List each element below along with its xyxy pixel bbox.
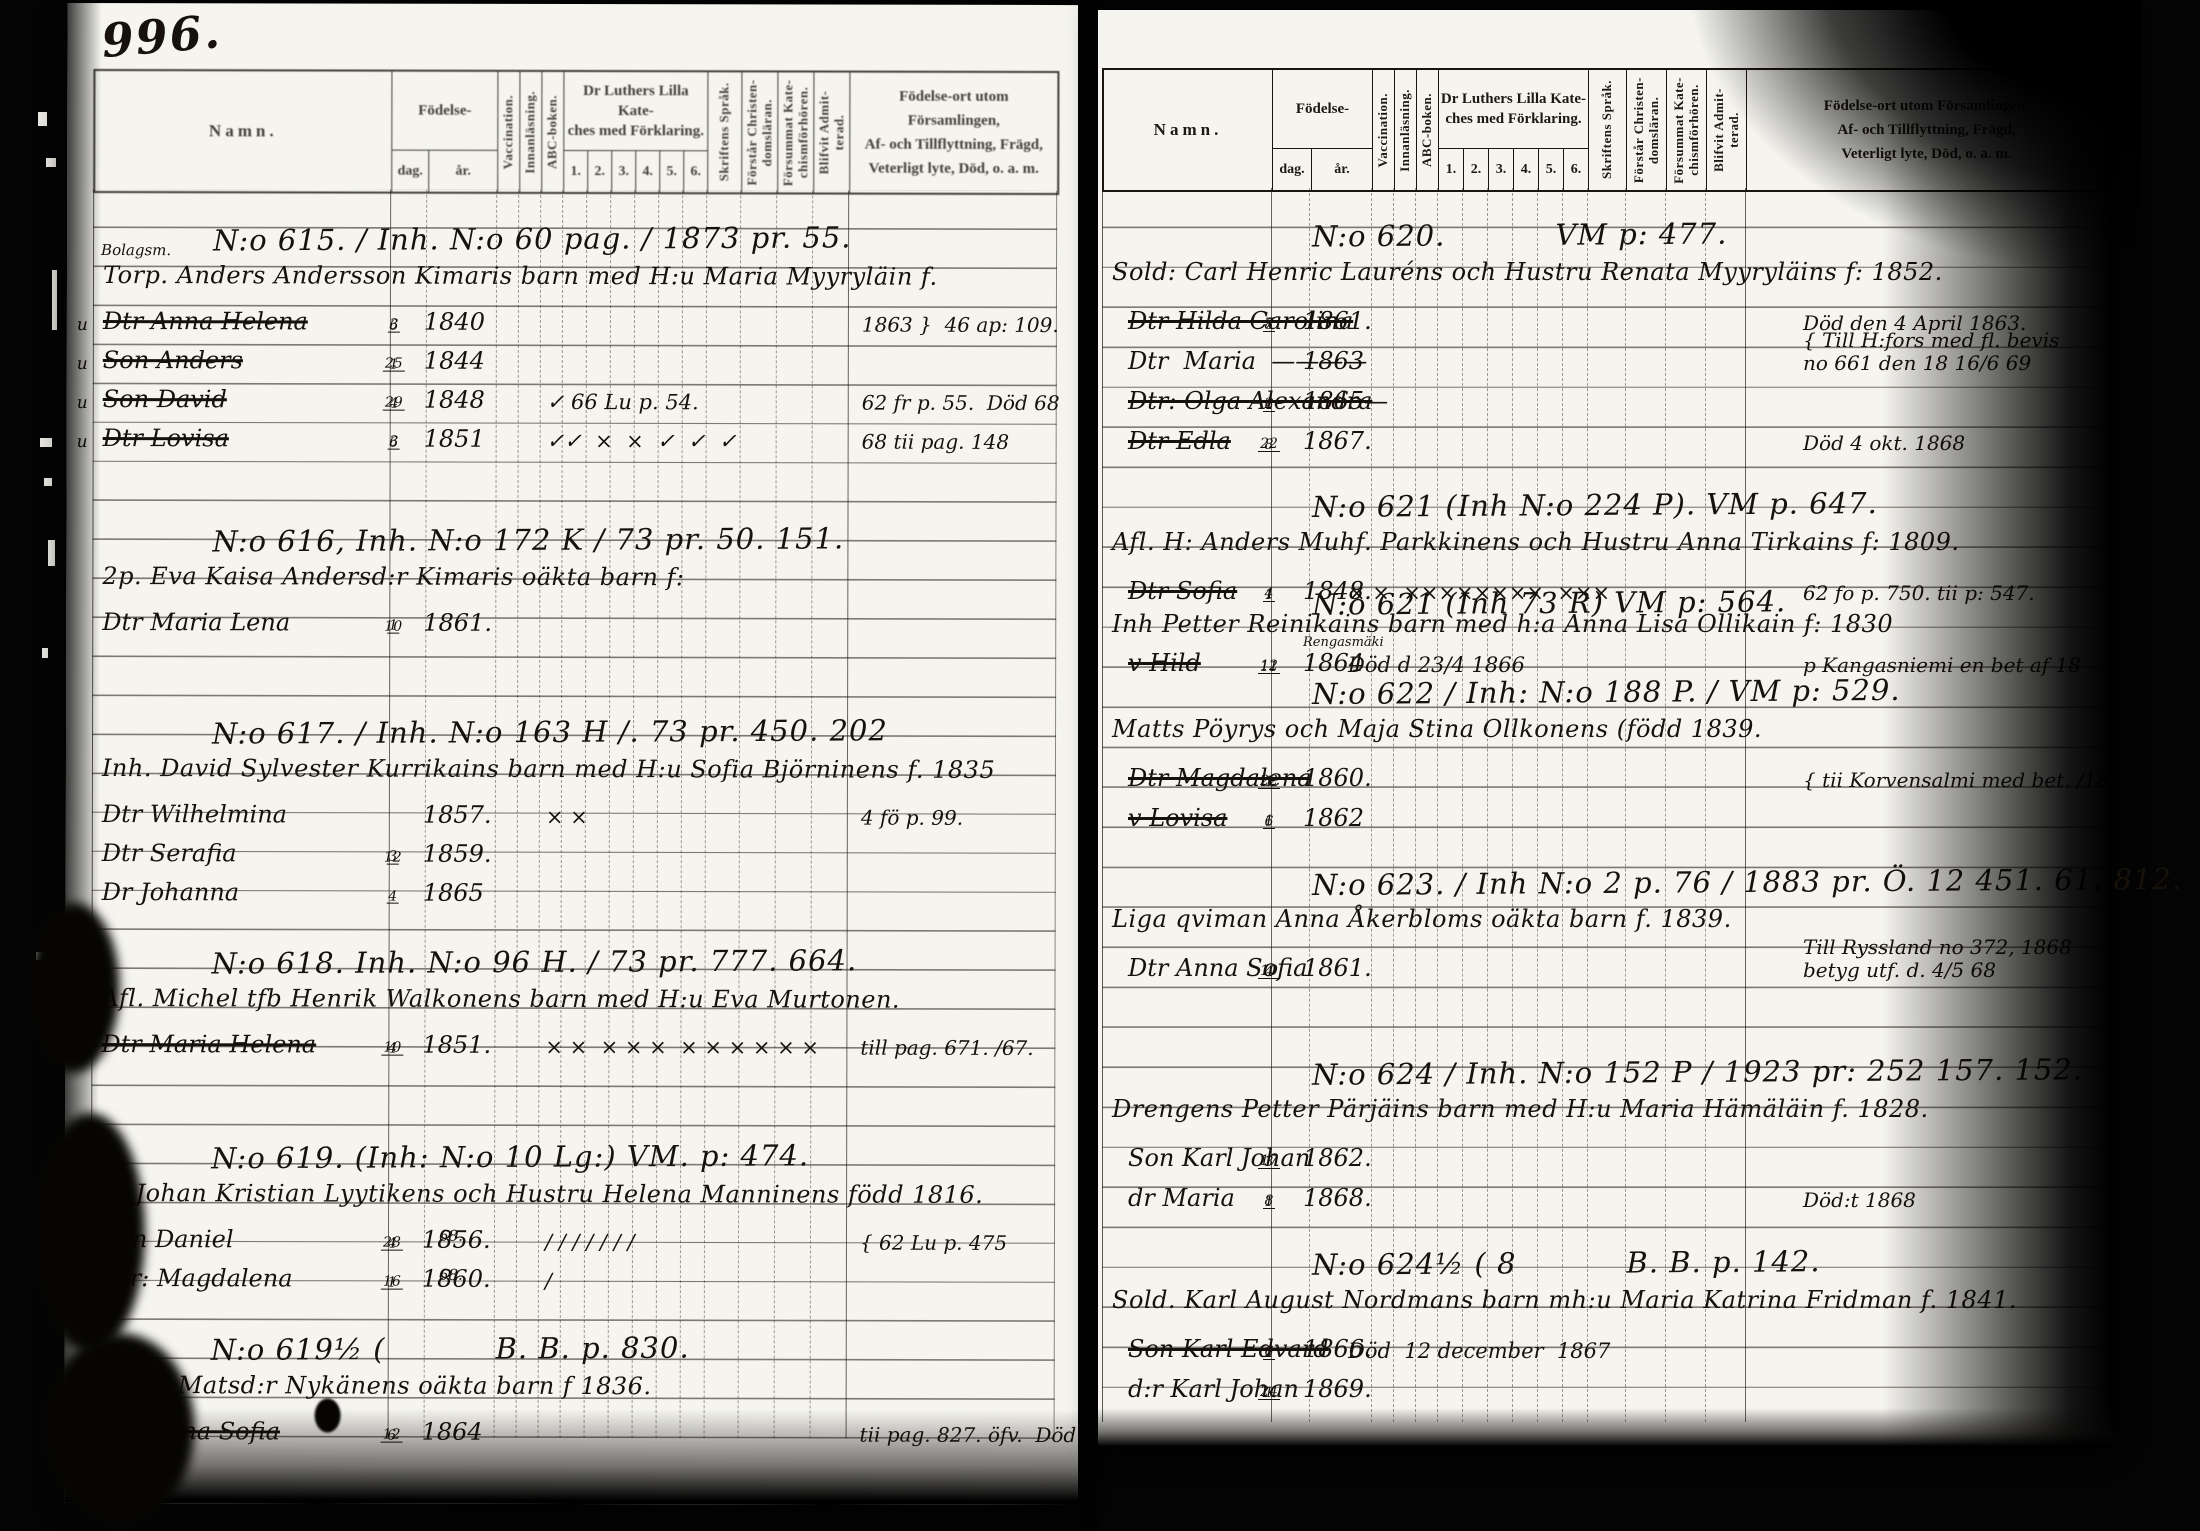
- birth-day-denominator: 4: [1263, 966, 1276, 979]
- katekes-num: 6.: [1571, 162, 1582, 178]
- katekes-num: 6.: [690, 164, 701, 180]
- entry-number: N:o 617. / Inh. N:o 163 H /. 73 pr. 450.…: [212, 713, 888, 750]
- skrift-label: Skriftens Språk.: [717, 83, 732, 182]
- ar-label: år.: [455, 163, 470, 179]
- person-row: Dtr Edla2281867.Död 4 okt. 1868: [1102, 418, 2106, 456]
- birth-day-denominator: 6: [387, 437, 400, 450]
- person-row: Dtr: Magdalena1611860./68.: [91, 1255, 1073, 1295]
- katekes-label: Dr Luthers Lilla Kate- ches med Förklari…: [564, 72, 707, 150]
- person-name: Son David: [103, 385, 227, 413]
- katekes-text: Dr Luthers Lilla Kate- ches med Förklari…: [564, 81, 707, 142]
- person-row: Dtr: Olga Alexandra261865—: [1102, 378, 2106, 416]
- entry-page-ref: B. B. p. 142.: [1626, 1244, 1820, 1279]
- exam-marks: ✓✓ × × ✓ ✓ ✓: [547, 429, 737, 453]
- column-skrift: Skriftens Språk.: [1588, 70, 1626, 190]
- entry-parents: Matts Pöyrys och Maja Stina Ollkonens (f…: [1112, 715, 1762, 743]
- entry-number: N:o 616, Inh. N:o 172 K / 73 pr. 50. 151…: [212, 521, 844, 558]
- notes-label: Födelse-ort utom Församlingen, Af- och T…: [856, 85, 1051, 181]
- column-blifvit: Blifvit Admit- terad.: [813, 73, 849, 193]
- person-name: Son Karl Johan: [1128, 1144, 1310, 1172]
- entry-number: N:o 618. Inh. N:o 96 H. / 73 pr. 777. 66…: [211, 943, 857, 980]
- entry-parents: Drengens Petter Pärjäins barn med H:u Ma…: [1112, 1095, 1929, 1123]
- film-scratch: [36, 952, 49, 960]
- katekes-col-5: 5.: [1538, 149, 1563, 190]
- person-row: Dtr Serafia3121859.: [92, 830, 1074, 870]
- birth-day-denominator: 1: [387, 359, 400, 372]
- birth-day-denominator: 6: [1263, 399, 1276, 412]
- year-badge: 68.: [439, 1266, 463, 1284]
- entry-parents: Afl. Michel tfb Henrik Walkonens barn me…: [101, 984, 900, 1014]
- forsummat-label: Försummat Kate- chismförhören.: [1672, 77, 1702, 184]
- entry-parents: Afl. H: Anders Muhf. Parkkinens och Hust…: [1112, 528, 1960, 556]
- margin-note: { Till H:fors med fl. bevis no 661 den 1…: [1803, 329, 2059, 375]
- page-number: 996.: [99, 4, 223, 68]
- person-row: Dtr Maria Helena1041851.× × × × × × × × …: [91, 1021, 1073, 1061]
- entry-number-line: N:o 619½ (B. B. p. 830.: [211, 1331, 690, 1367]
- person-name: Dtr Lovisa: [103, 424, 229, 452]
- birth-year: 1851.: [422, 1031, 491, 1059]
- person-name: Dtr Maria Lena: [102, 608, 290, 636]
- person-name: Dtr: Magdalena: [101, 1264, 293, 1292]
- katekes-num: 3.: [1496, 162, 1507, 178]
- film-scratch: [48, 540, 55, 566]
- margin-mark: u: [77, 393, 88, 413]
- katekes-col-6: 6.: [683, 151, 707, 192]
- fodelse-label: Födelse-: [1296, 70, 1349, 148]
- person-row: v Hild12111864RengasmäkiDöd d 23/4 1866p…: [1102, 640, 2106, 678]
- table-header: Namn.Födelse-dag.år.Vaccination.Innanläs…: [93, 69, 1059, 195]
- katekes-col-4: 4.: [635, 151, 659, 192]
- forstar-label: Förstår Christen- domsläran.: [1632, 77, 1662, 183]
- entry-number: N:o 621 (Inh N:o 224 P). VM p. 647.: [1312, 486, 1878, 524]
- birth-day-denominator: 4: [386, 891, 399, 904]
- person-row: Dtr Magdalena2211860.{ tii Korvensalmi m…: [1102, 755, 2106, 793]
- birth-year: 1861.: [423, 609, 492, 637]
- margin-note: 1863 } 46 ap: 109.: [862, 314, 1059, 337]
- column-notes: Födelse-ort utom Församlingen, Af- och T…: [849, 73, 1057, 193]
- entry-number-line: N:o 620.VM p: 477.: [1312, 217, 1728, 254]
- entry-parents: Torp. Anders Andersson Kimaris barn med …: [103, 261, 938, 291]
- katekes-num: 3.: [618, 164, 629, 180]
- entry-parents: Sold: Carl Henric Lauréns och Hustru Ren…: [1112, 258, 1943, 286]
- ar-label: år.: [1334, 162, 1349, 178]
- person-row: Dtr Anna Sofia1041861.Till Ryssland no 3…: [1102, 945, 2106, 983]
- column-fodelse: Födelse-dag.år.: [391, 72, 497, 192]
- entry-number: N:o 624 / Inh. N:o 152 P / 1923 pr: 252 …: [1312, 1052, 2083, 1091]
- entry-parents: Sold. Karl August Nordmans barn mh:u Mar…: [1112, 1286, 2017, 1314]
- column-namn: Namn.: [95, 71, 391, 192]
- birth-year: 1862: [1303, 804, 1364, 832]
- person-row: Son Karl Johan1731862.: [1102, 1135, 2106, 1173]
- margin-note: Död 4 okt. 1868: [1803, 432, 1965, 455]
- birth-day-denominator: 8: [1263, 439, 1276, 452]
- katekes-text: Dr Luthers Lilla Kate- ches med Förklari…: [1441, 89, 1586, 130]
- vacc-label: Vaccination.: [1376, 93, 1391, 168]
- person-name: Dtr Serafia: [102, 839, 237, 867]
- exam-marks: /: [545, 1269, 552, 1293]
- person-row: Dr Johanna41865: [92, 869, 1074, 909]
- birth-year: 1857.: [423, 801, 492, 829]
- birth-day-denominator: 1: [1263, 776, 1276, 789]
- margin-note: 68 tii pag. 148: [862, 431, 1009, 454]
- person-name: v Lovisa: [1128, 804, 1227, 832]
- entry-number-line: N:o 624 / Inh. N:o 152 P / 1923 pr: 252 …: [1312, 1052, 2083, 1091]
- birth-day-denominator: 2: [1263, 1347, 1276, 1360]
- entry-number-line: N:o 623. / Inh N:o 2 p. 76 / 1883 pr. Ö.…: [1312, 862, 2182, 902]
- katekes-col-6: 6.: [1563, 149, 1588, 190]
- person-name: Dtr Wilhelmina: [102, 800, 287, 828]
- person-name: dr Maria: [1128, 1184, 1235, 1212]
- place-note: Rengasmäki: [1303, 635, 1384, 650]
- entry-page-ref: VM p: 477.: [1555, 217, 1727, 252]
- person-row: v Lovisa161862: [1102, 795, 2106, 833]
- entry-annotation: Bolagsm.: [101, 241, 171, 259]
- exam-marks: × ×: [546, 805, 588, 829]
- margin-note: 62 fr p. 55. Död 68: [862, 392, 1060, 415]
- table-header: Namn.Födelse-dag.år.Vaccination.Innanläs…: [1102, 68, 2108, 192]
- column-forstar: Förstår Christen- domsläran.: [1626, 70, 1666, 190]
- person-name: Dtr Anna Sofia: [101, 1417, 280, 1445]
- column-namn: Namn.: [1104, 70, 1272, 190]
- margin-note: 4 fö p. 99.: [861, 807, 963, 830]
- person-row: uDtr Anna Helena3618401863 } 46 ap: 109.: [93, 298, 1075, 338]
- person-name: v Hild: [1128, 649, 1201, 677]
- column-abc: ABC-boken.: [1416, 70, 1438, 190]
- birth-year: 1863: [1303, 347, 1364, 375]
- year-badge: 68.: [439, 1227, 463, 1245]
- birth-year: 1868.: [1303, 1184, 1372, 1212]
- exam-marks: Död 12 december 1867: [1348, 1339, 1610, 1363]
- birth-day-denominator: 8: [1263, 319, 1276, 332]
- person-row: Dtr Maria Lena1101861.: [92, 599, 1074, 639]
- forstar-label: Förstår Christen- domsläran.: [745, 79, 775, 185]
- blifvit-label: Blifvit Admit- terad.: [817, 91, 847, 175]
- birth-day-denominator: 6: [387, 320, 400, 333]
- katekes-subrow: 1.2.3.4.5.6.: [564, 150, 707, 192]
- exam-marks: / / / / / / /: [545, 1230, 635, 1254]
- katekes-col-2: 2.: [587, 151, 611, 192]
- katekes-num: 5.: [666, 164, 677, 180]
- column-forsummat: Försummat Kate- chismförhören.: [777, 72, 813, 192]
- birth-year: 1861.: [1303, 954, 1372, 982]
- birth-year: 1848: [424, 386, 485, 414]
- person-row: Dtr Wilhelmina1857.× ×4 fö p. 99.: [92, 791, 1074, 831]
- katekes-col-3: 3.: [1488, 149, 1513, 190]
- person-name: Dtr Anna Helena: [103, 307, 308, 335]
- vacc-label: Vaccination.: [501, 95, 516, 170]
- exam-marks: Död d 23/4 1866: [1348, 653, 1525, 677]
- fodelse-ar: år.: [1311, 149, 1372, 190]
- margin-note: { 62 Lu p. 475: [860, 1232, 1007, 1255]
- birth-day-denominator: 1: [1263, 1196, 1276, 1209]
- film-scratch: [44, 478, 52, 486]
- birth-day-denominator: 10: [382, 621, 404, 634]
- person-row: uDtr Lovisa361851✓✓ × × ✓ ✓ ✓68 tii pag.…: [93, 415, 1075, 455]
- birth-day-denominator: 6: [1263, 816, 1276, 829]
- birth-year: 1862.: [1303, 1144, 1372, 1172]
- entry-number: N:o 620.: [1312, 219, 1446, 254]
- birth-year: 1865: [423, 879, 484, 907]
- birth-day-denominator: 6: [385, 1430, 398, 1443]
- skrift-label: Skriftens Språk.: [1600, 80, 1615, 179]
- margin-note: Till Ryssland no 372, 1868 betyg utf. d.…: [1803, 936, 2072, 982]
- dag-label: dag.: [1279, 162, 1304, 178]
- birth-year: 1869.: [1303, 1375, 1372, 1403]
- entry-parents: Kaisa Matsd:r Nykänens oäkta barn f 1836…: [101, 1371, 652, 1400]
- fodelse-label: Födelse-: [418, 72, 471, 150]
- katekes-num: 2.: [1471, 162, 1482, 178]
- column-innanlasning: Innanläsning.: [519, 72, 541, 192]
- entry-number-line: N:o 624½ ( 8B. B. p. 142.: [1312, 1244, 1821, 1282]
- birth-day-denominator: 12: [382, 852, 404, 865]
- person-name: Dr Johanna: [102, 878, 239, 906]
- katekes-col-2: 2.: [1463, 149, 1488, 190]
- person-row: dr Maria811868.Död:t 1868: [1102, 1175, 2106, 1213]
- person-name: Son Karl Edvard: [1128, 1335, 1329, 1363]
- entry-number: N:o 619. (Inh: N:o 10 Lg:) VM. p: 474.: [211, 1138, 809, 1175]
- fodelse-text: Födelse-: [418, 101, 471, 121]
- margin-note: Död:t 1868: [1803, 1189, 1916, 1212]
- blifvit-label: Blifvit Admit- terad.: [1712, 88, 1742, 172]
- birth-day-denominator: 1: [1263, 589, 1276, 602]
- katekes-num: 4.: [642, 164, 653, 180]
- birth-year: 1865—: [1303, 387, 1388, 415]
- entry-number-line: N:o 616, Inh. N:o 172 K / 73 pr. 50. 151…: [212, 521, 844, 558]
- birth-year: 1851: [424, 425, 485, 453]
- person-name: Dtr Edla: [1128, 427, 1231, 455]
- dag-label: dag.: [398, 163, 423, 179]
- notes-label: Födelse-ort utom Församlingen, Af- och T…: [1824, 94, 2029, 166]
- abc-label: ABC-boken.: [1420, 93, 1435, 167]
- entry-number-line: N:o 619. (Inh: N:o 10 Lg:) VM. p: 474.: [211, 1138, 809, 1175]
- katekes-col-4: 4.: [1513, 149, 1538, 190]
- exam-marks: ✓ 66 Lu p. 54.: [547, 390, 699, 414]
- person-name: Dtr Magdalena: [1128, 764, 1312, 792]
- birth-year: 1860.: [1303, 764, 1372, 792]
- birth-year: 1864: [422, 1418, 483, 1446]
- katekes-subrow: 1.2.3.4.5.6.: [1439, 148, 1588, 190]
- entry-parents: Liga qviman Anna Åkerbloms oäkta barn f.…: [1112, 905, 1732, 933]
- person-name: Dtr Anna Sofia: [1128, 954, 1307, 982]
- namn-label: Namn.: [1154, 120, 1223, 140]
- person-name: Son Daniel: [101, 1225, 234, 1253]
- person-row: uSon Anders2511844: [93, 337, 1075, 377]
- entry-number: N:o 624½ ( 8: [1312, 1246, 1517, 1281]
- entry-number-line: N:o 618. Inh. N:o 96 H. / 73 pr. 777. 66…: [211, 943, 857, 980]
- birth-day-denominator: 1: [385, 1277, 398, 1290]
- register-left-page: 996. Namn.Födelse-dag.år.Vaccination.Inn…: [64, 3, 1081, 1505]
- entry-parents: 2p. Eva Kaisa Andersd:r Kimaris oäkta ba…: [102, 562, 684, 591]
- katekes-num: 4.: [1521, 162, 1532, 178]
- column-forstar: Förstår Christen- domsläran.: [741, 72, 777, 192]
- person-name: Dtr Maria Helena: [101, 1030, 316, 1058]
- katekes-num: 1.: [1446, 162, 1457, 178]
- fodelse-subrow: dag.år.: [1273, 148, 1372, 190]
- katekes-col-1: 1.: [1439, 149, 1463, 190]
- column-notes: Födelse-ort utom Församlingen, Af- och T…: [1746, 70, 2106, 190]
- exam-marks: × × × × × × × × × × ×: [545, 1035, 819, 1060]
- katekes-label: Dr Luthers Lilla Kate- ches med Förklari…: [1441, 70, 1586, 148]
- column-abc: ABC-boken.: [541, 72, 563, 192]
- fodelse-ar: år.: [428, 151, 497, 192]
- film-scratch: [52, 270, 57, 330]
- microfilm-frame: 996. Namn.Födelse-dag.år.Vaccination.Inn…: [0, 0, 2200, 1531]
- entry-number-line: N:o 621 (Inh N:o 224 P). VM p. 647.: [1312, 486, 1878, 524]
- column-katekes: Dr Luthers Lilla Kate- ches med Förklari…: [563, 72, 707, 192]
- abc-label: ABC-boken.: [545, 95, 560, 169]
- column-forsummat: Försummat Kate- chismförhören.: [1666, 70, 1706, 190]
- entry-number: N:o 622 / Inh: N:o 188 P. / VM p: 529.: [1312, 673, 1901, 711]
- film-scratch: [40, 438, 52, 447]
- entry-number: N:o 615. / Inh. N:o 60 pag. / 1873 pr. 5…: [213, 220, 852, 257]
- margin-mark: u: [77, 354, 88, 374]
- birth-year: 1859.: [423, 840, 492, 868]
- fodelse-subrow: dag.år.: [392, 150, 497, 192]
- entry-number-line: N:o 615. / Inh. N:o 60 pag. / 1873 pr. 5…: [213, 220, 852, 257]
- fodelse-dag: dag.: [392, 151, 428, 192]
- film-scratch: [38, 112, 47, 126]
- katekes-col-1: 1.: [564, 151, 587, 192]
- column-vacc: Vaccination.: [497, 72, 519, 192]
- entry-page-ref: B. B. p. 830.: [495, 1331, 689, 1366]
- birth-day-denominator: 4: [386, 1238, 399, 1251]
- katekes-num: 5.: [1546, 162, 1557, 178]
- namn-label: Namn.: [209, 121, 278, 141]
- entry-parents: Inh Petter Reinikains barn med h:a Anna …: [1112, 610, 1893, 638]
- margin-note: 62 fo p. 750. tii p: 547.: [1803, 582, 2035, 605]
- birth-day-denominator: 1: [1263, 1387, 1276, 1400]
- birth-year: 1840: [424, 308, 485, 336]
- column-fodelse: Födelse-dag.år.: [1272, 70, 1372, 190]
- entries-left: N:o 615. / Inh. N:o 60 pag. / 1873 pr. 5…: [68, 3, 1082, 5]
- birth-day-denominator: 4: [387, 398, 400, 411]
- entry-number: N:o 623. / Inh N:o 2 p. 76 / 1883 pr. Ö.…: [1312, 862, 2182, 902]
- katekes-col-5: 5.: [659, 151, 683, 192]
- katekes-col-3: 3.: [611, 151, 635, 192]
- fodelse-dag: dag.: [1273, 149, 1311, 190]
- person-row: d:r Karl Johan2411869.: [1102, 1366, 2106, 1404]
- fodelse-text: Födelse-: [1296, 99, 1349, 119]
- katekes-num: 2.: [594, 164, 605, 180]
- margin-note: { tii Korvensalmi med bet. /18: [1803, 769, 2109, 792]
- book-spine-gutter: [1078, 0, 1098, 1531]
- birth-year: 1844: [424, 347, 485, 375]
- birth-year: 1861.: [1303, 307, 1372, 335]
- person-row: uSon David2941848✓ 66 Lu p. 54.62 fr p. …: [93, 376, 1075, 416]
- column-skrift: Skriftens Språk.: [707, 72, 741, 192]
- birth-day-denominator: 11: [1258, 661, 1280, 674]
- innanlasning-label: Innanläsning.: [1398, 89, 1413, 172]
- person-name: Dtr Sofia: [1128, 577, 1237, 605]
- margin-mark: u: [77, 432, 88, 452]
- innanlasning-label: Innanläsning.: [523, 91, 538, 174]
- person-name: Son Anders: [103, 346, 243, 374]
- birth-day-denominator: 3: [1263, 1156, 1276, 1169]
- margin-note: till pag. 671. /67.: [860, 1037, 1033, 1060]
- katekes-num: 1.: [570, 163, 581, 179]
- birth-year: 1867.: [1303, 427, 1372, 455]
- person-row: Dtr Maria ————1863{ Till H:fors med fl. …: [1102, 338, 2106, 376]
- column-blifvit: Blifvit Admit- terad.: [1706, 70, 1746, 190]
- entry-parents: Inh. David Sylvester Kurrikains barn med…: [102, 754, 995, 784]
- birth-day-denominator: 4: [386, 1043, 399, 1056]
- person-row: Dtr Anna Sofia1261864tii pag. 827. öfv. …: [91, 1408, 1073, 1448]
- entry-number: N:o 619½ (: [211, 1332, 386, 1367]
- forsummat-label: Försummat Kate- chismförhören.: [781, 79, 811, 186]
- margin-mark: u: [77, 315, 88, 335]
- column-katekes: Dr Luthers Lilla Kate- ches med Förklari…: [1438, 70, 1588, 190]
- film-scratch: [46, 158, 56, 167]
- column-vacc: Vaccination.: [1372, 70, 1394, 190]
- column-innanlasning: Innanläsning.: [1394, 70, 1416, 190]
- register-right-page: Namn.Födelse-dag.år.Vaccination.Innanläs…: [1098, 10, 2112, 1448]
- entry-parents: B. Johan Kristian Lyytikens och Hustru H…: [101, 1179, 983, 1209]
- entry-number-line: N:o 622 / Inh: N:o 188 P. / VM p: 529.: [1312, 673, 1901, 711]
- person-row: Son Karl Edvard621866.Död 12 december 18…: [1102, 1326, 2106, 1364]
- entry-number-line: N:o 617. / Inh. N:o 163 H /. 73 pr. 450.…: [212, 713, 888, 750]
- film-scratch: [42, 648, 48, 658]
- person-row: Son Daniel2841856./ / / / / / /68.{ 62 L…: [91, 1216, 1073, 1256]
